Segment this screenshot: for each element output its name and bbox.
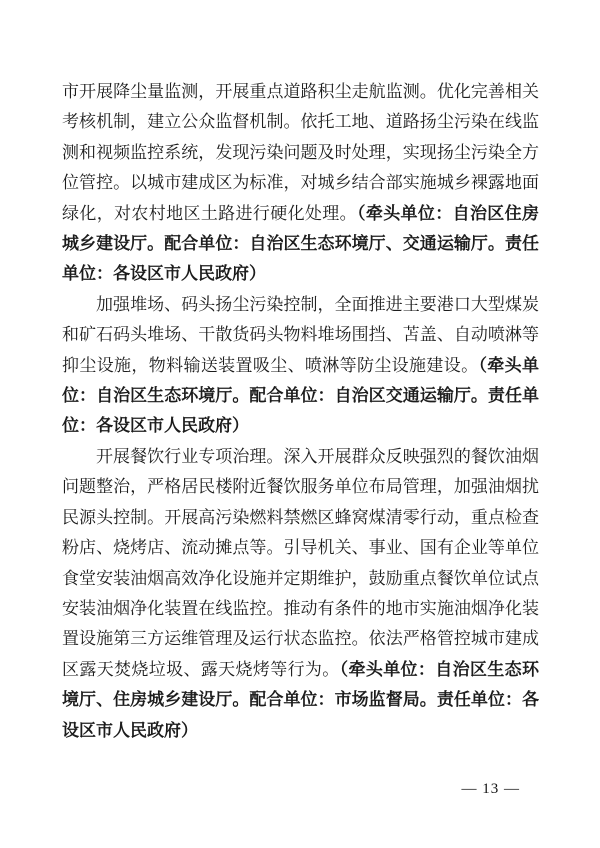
document-body: 市开展降尘量监测，开展重点道路积尘走航监测。优化完善相关考核机制，建立公众监督机… [62,77,539,746]
page-footer: — 13 — [462,781,521,798]
paragraph-dust-monitoring: 市开展降尘量监测，开展重点道路积尘走航监测。优化完善相关考核机制，建立公众监督机… [62,77,539,290]
paragraph-stockyard-wharf-dust: 加强堆场、码头扬尘污染控制，全面推进主要港口大型煤炭和矿石码头堆场、干散货码头物… [62,290,539,442]
paragraph-text: 市开展降尘量监测，开展重点道路积尘走航监测。优化完善相关考核机制，建立公众监督机… [62,82,539,223]
paragraph-text: 加强堆场、码头扬尘污染控制，全面推进主要港口大型煤炭和矿石码头堆场、干散货码头物… [62,295,539,375]
page-number: — 13 — [462,781,521,797]
paragraph-catering-fume-control: 开展餐饮行业专项治理。深入开展群众反映强烈的餐饮油烟问题整治，严格居民楼附近餐饮… [62,442,539,746]
document-page: 市开展降尘量监测，开展重点道路积尘走航监测。优化完善相关考核机制，建立公众监督机… [0,0,600,848]
paragraph-text: 开展餐饮行业专项治理。深入开展群众反映强烈的餐饮油烟问题整治，严格居民楼附近餐饮… [62,447,539,679]
